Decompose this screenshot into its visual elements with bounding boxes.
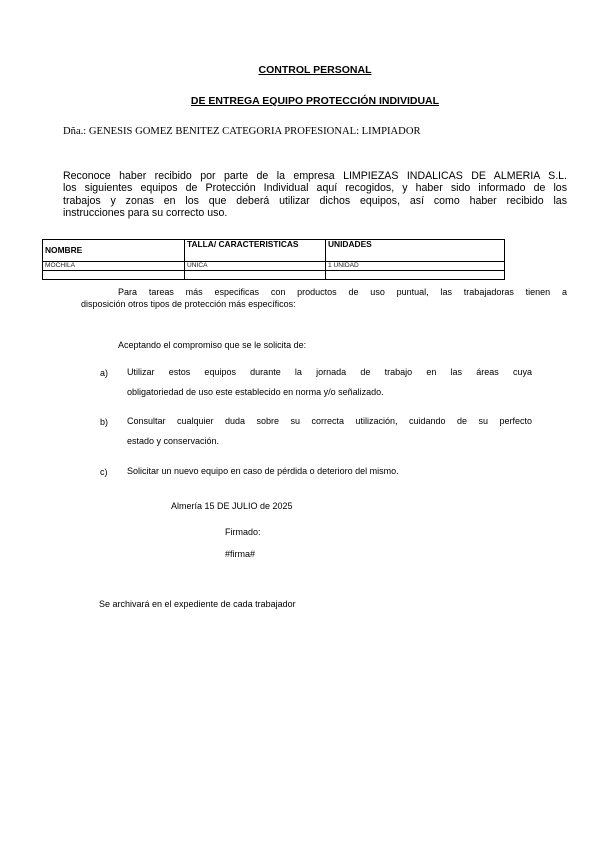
paragraph-line: disposición otros tipos de protección má… (81, 298, 567, 310)
signed-label: Firmado: (225, 526, 261, 538)
header-talla: TALLA/ CARACTERISTICAS (185, 240, 326, 262)
intro-line: instrucciones para su correcto uso. (63, 207, 567, 219)
acceptance-text: Aceptando el compromiso que se le solici… (118, 339, 306, 351)
item-label: a) (100, 367, 108, 379)
paragraph-line: Para tareas más especificas con producto… (81, 286, 567, 298)
cell-nombre (43, 271, 185, 280)
cell-talla: UNICA (185, 262, 326, 271)
cell-unidades (326, 271, 505, 280)
item-line: Solicitar un nuevo equipo en caso de pér… (127, 462, 532, 482)
item-line: obligatoriedad de uso este establecido e… (127, 383, 532, 403)
date-line: Almería 15 DE JULIO de 2025 (171, 500, 293, 512)
employee-line: Dña.: GENESIS GOMEZ BENITEZ CATEGORIA PR… (63, 126, 421, 137)
document-subtitle: DE ENTREGA EQUIPO PROTECCIÓN INDIVIDUAL (0, 95, 595, 107)
signature-placeholder: #firma# (225, 548, 255, 560)
cell-talla (185, 271, 326, 280)
item-label: c) (100, 466, 108, 478)
item-line: Consultar cualquier duda sobre su correc… (127, 412, 532, 432)
specific-protection-paragraph: Para tareas más especificas con producto… (81, 286, 567, 310)
intro-paragraph: Reconoce haber recibido por parte de la … (63, 170, 567, 220)
cell-unidades: 1 UNIDAD (326, 262, 505, 271)
ppe-table: NOMBRE TALLA/ CARACTERISTICAS UNIDADES M… (42, 239, 505, 280)
archive-note: Se archivará en el expediente de cada tr… (99, 598, 296, 610)
item-label: b) (100, 416, 108, 428)
intro-line: los siguientes equipos de Protección Ind… (63, 182, 567, 194)
intro-line: trabajos y zonas en los que deberá utili… (63, 195, 567, 207)
table-row (43, 271, 505, 280)
document-title: CONTROL PERSONAL (0, 64, 595, 76)
header-unidades: UNIDADES (326, 240, 505, 262)
intro-line: Reconoce haber recibido por parte de la … (63, 170, 567, 182)
table-header-row: NOMBRE TALLA/ CARACTERISTICAS UNIDADES (43, 240, 505, 262)
table-row: MOCHILA UNICA 1 UNIDAD (43, 262, 505, 271)
item-line: estado y conservación. (127, 432, 532, 452)
cell-nombre: MOCHILA (43, 262, 185, 271)
item-line: Utilizar estos equipos durante la jornad… (127, 363, 532, 383)
header-nombre: NOMBRE (43, 240, 185, 262)
